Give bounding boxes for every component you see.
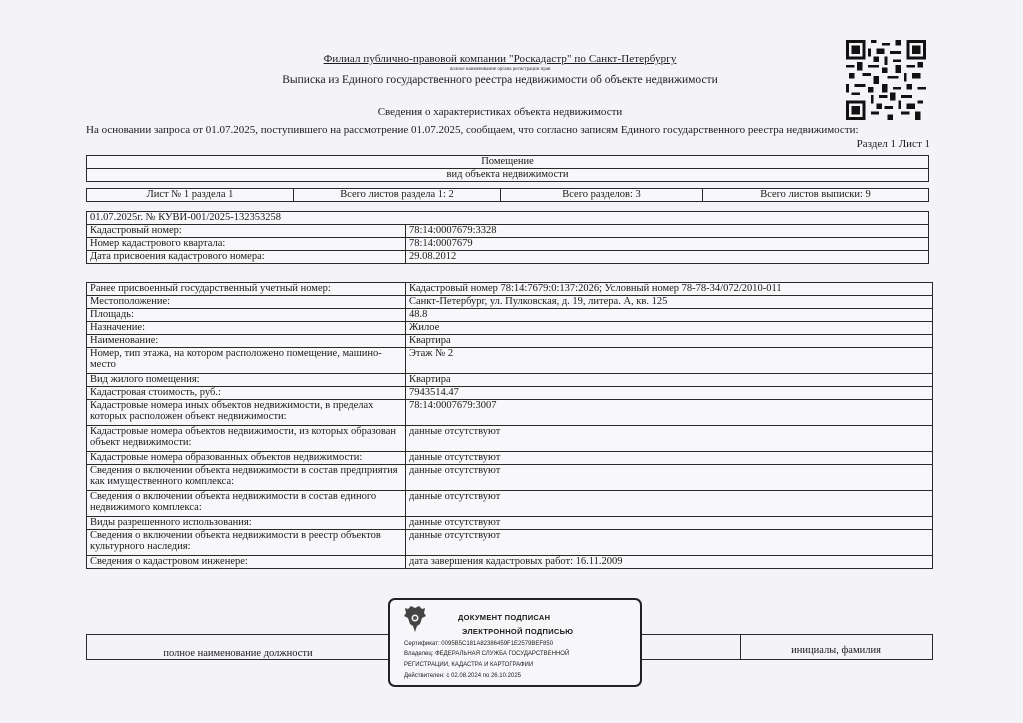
sheets-info-table: Лист № 1 раздела 1 Всего листов раздела … <box>86 188 929 202</box>
electronic-signature-stamp: ДОКУМЕНТ ПОДПИСАН ЭЛЕКТРОННОЙ ПОДПИСЬЮ С… <box>388 598 642 687</box>
table-row: Местоположение:Санкт-Петербург, ул. Пулк… <box>87 296 933 309</box>
extract-title: Выписка из Единого государственного реес… <box>200 74 800 86</box>
table-row: Кадастровые номера образованных объектов… <box>87 452 933 465</box>
qr-code-icon <box>846 40 926 120</box>
table-row: Ранее присвоенный государственный учетны… <box>87 283 933 296</box>
table-row: Дата присвоения кадастрового номера: 29.… <box>87 251 929 264</box>
position-caption: полное наименование должности <box>90 648 386 659</box>
field-label: Номер, тип этажа, на котором расположено… <box>87 348 406 374</box>
characteristics-table: Ранее присвоенный государственный учетны… <box>86 282 933 569</box>
table-row: Площадь:48.8 <box>87 309 933 322</box>
cadastral-quarter: 78:14:0007679 <box>406 238 929 251</box>
field-label: Кадастровый номер: <box>87 225 406 238</box>
table-row: Виды разрешенного использования:данные о… <box>87 517 933 530</box>
stamp-subtitle: ЭЛЕКТРОННОЙ ПОДПИСЬЮ <box>462 627 573 636</box>
organization-name: Филиал публично-правовой компании "Роска… <box>250 53 750 65</box>
field-value: данные отсутствуют <box>406 530 933 556</box>
field-value: 48.8 <box>406 309 933 322</box>
field-label: Кадастровые номера объектов недвижимости… <box>87 426 406 452</box>
field-value: данные отсутствуют <box>406 465 933 491</box>
field-label: Вид жилого помещения: <box>87 374 406 387</box>
table-row: Кадастровые номера объектов недвижимости… <box>87 426 933 452</box>
table-row: Вид жилого помещения:Квартира <box>87 374 933 387</box>
field-label: Сведения о кадастровом инженере: <box>87 556 406 569</box>
table-row: Сведения о включении объекта недвижимост… <box>87 491 933 517</box>
sheet-number: Лист № 1 раздела 1 <box>87 189 294 202</box>
table-row: Сведения о кадастровом инженере:дата зав… <box>87 556 933 569</box>
field-label: Дата присвоения кадастрового номера: <box>87 251 406 264</box>
field-value: дата завершения кадастровых работ: 16.11… <box>406 556 933 569</box>
field-label: Сведения о включении объекта недвижимост… <box>87 465 406 491</box>
organization-caption: полное наименование органа регистрации п… <box>250 67 750 72</box>
certificate-validity: Действителен: с 02.08.2024 по 26.10.2025 <box>404 673 521 679</box>
field-value: Квартира <box>406 335 933 348</box>
table-row: Сведения о включении объекта недвижимост… <box>87 530 933 556</box>
page-reference: Раздел 1 Лист 1 <box>857 138 930 150</box>
object-type-caption: вид объекта недвижимости <box>87 169 929 182</box>
field-value: Квартира <box>406 374 933 387</box>
field-value: Санкт-Петербург, ул. Пулковская, д. 19, … <box>406 296 933 309</box>
certificate-owner-cont: РЕГИСТРАЦИИ, КАДАСТРА И КАРТОГРАФИИ <box>404 662 533 668</box>
cadastral-number: 78:14:0007679:3328 <box>406 225 929 238</box>
field-value: Кадастровый номер 78:14:7679:0:137:2026;… <box>406 283 933 296</box>
extract-sheets-count: Всего листов выписки: 9 <box>703 189 929 202</box>
field-value: данные отсутствуют <box>406 491 933 517</box>
field-value: данные отсутствуют <box>406 426 933 452</box>
table-row: Номер, тип этажа, на котором расположено… <box>87 348 933 374</box>
field-label: Кадастровая стоимость, руб.: <box>87 387 406 400</box>
section-sheets-count: Всего листов раздела 1: 2 <box>294 189 501 202</box>
field-label: Сведения о включении объекта недвижимост… <box>87 530 406 556</box>
field-label: Местоположение: <box>87 296 406 309</box>
field-label: Назначение: <box>87 322 406 335</box>
field-value: Жилое <box>406 322 933 335</box>
field-label: Площадь: <box>87 309 406 322</box>
field-label: Наименование: <box>87 335 406 348</box>
field-value: Этаж № 2 <box>406 348 933 374</box>
stamp-title: ДОКУМЕНТ ПОДПИСАН <box>458 613 550 622</box>
sections-count: Всего разделов: 3 <box>501 189 703 202</box>
certificate-number: Сертификат: 0095B5C181A82386459F1E2579BE… <box>404 641 553 647</box>
request-number: 01.07.2025г. № КУВИ-001/2025-132353258 <box>87 212 929 225</box>
table-row: Номер кадастрового квартала: 78:14:00076… <box>87 238 929 251</box>
request-basis-text: На основании запроса от 01.07.2025, пост… <box>86 124 859 136</box>
field-label: Ранее присвоенный государственный учетны… <box>87 283 406 296</box>
section-title: Сведения о характеристиках объекта недви… <box>250 106 750 118</box>
table-row: Наименование:Квартира <box>87 335 933 348</box>
table-row: Сведения о включении объекта недвижимост… <box>87 465 933 491</box>
field-value: 7943514.47 <box>406 387 933 400</box>
table-row: Кадастровые номера иных объектов недвижи… <box>87 400 933 426</box>
table-row: Назначение:Жилое <box>87 322 933 335</box>
table-row: Кадастровый номер: 78:14:0007679:3328 <box>87 225 929 238</box>
object-type: Помещение <box>87 156 929 169</box>
field-value: данные отсутствуют <box>406 452 933 465</box>
field-label: Кадастровые номера образованных объектов… <box>87 452 406 465</box>
identifiers-table: 01.07.2025г. № КУВИ-001/2025-132353258 К… <box>86 211 929 264</box>
certificate-owner: Владелец: ФЕДЕРАЛЬНАЯ СЛУЖБА ГОСУДАРСТВЕ… <box>404 651 569 657</box>
field-value: 78:14:0007679:3007 <box>406 400 933 426</box>
field-value: данные отсутствуют <box>406 517 933 530</box>
field-label: Виды разрешенного использования: <box>87 517 406 530</box>
name-caption: инициалы, фамилия <box>742 645 930 656</box>
object-type-table: Помещение вид объекта недвижимости <box>86 155 929 182</box>
field-label: Номер кадастрового квартала: <box>87 238 406 251</box>
field-label: Кадастровые номера иных объектов недвижи… <box>87 400 406 426</box>
field-label: Сведения о включении объекта недвижимост… <box>87 491 406 517</box>
assignment-date: 29.08.2012 <box>406 251 929 264</box>
table-row: Кадастровая стоимость, руб.:7943514.47 <box>87 387 933 400</box>
double-headed-eagle-icon <box>402 604 428 634</box>
